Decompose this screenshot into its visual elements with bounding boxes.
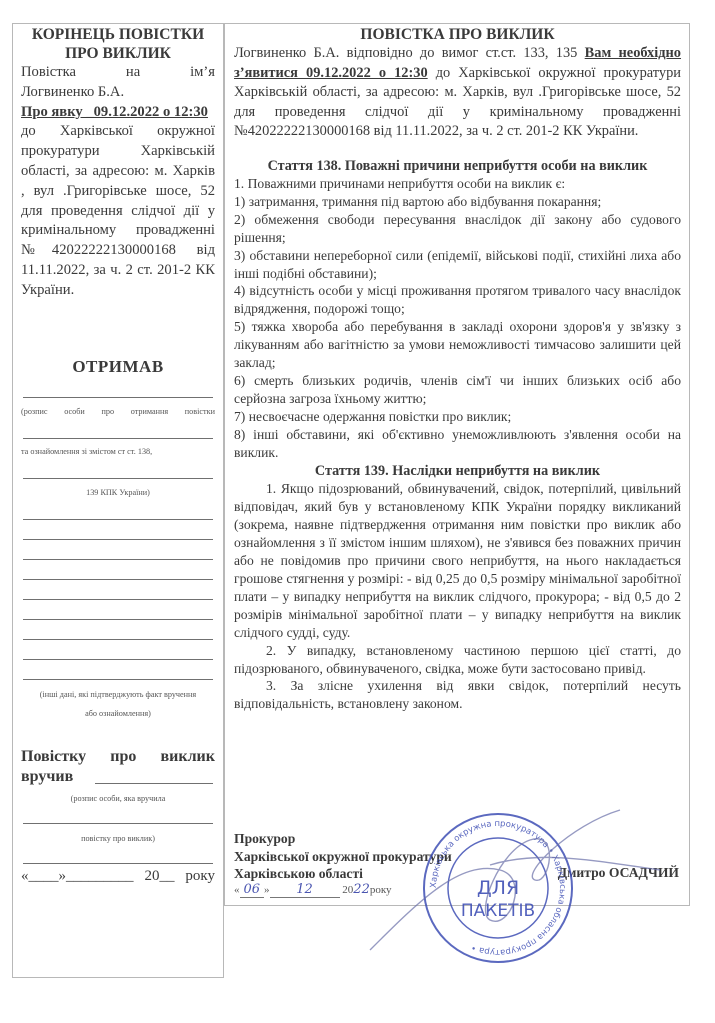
main-intro: Логвиненко Б.А. відповідно до вимог ст.с… — [234, 44, 681, 142]
other-data-line[interactable] — [23, 599, 213, 600]
other-data-line[interactable] — [23, 559, 213, 560]
date-quote-open: « — [234, 884, 240, 896]
stub-title-line1: КОРІНЕЦЬ ПОВІСТКИ — [21, 25, 215, 44]
other-data-line[interactable] — [23, 639, 213, 640]
article-138-item: 8) інші обставини, які об'єктивно унемож… — [234, 426, 681, 462]
article-138-item: 5) тяжка хвороба або перебування в закла… — [234, 318, 681, 372]
article-138-item: 6) смерть близьких родичів, членів сім'ї… — [234, 372, 681, 408]
delivered-note-2: повістку про виклик) — [21, 834, 215, 844]
article-138-item: 7) несвоєчасне одержання повістки про ви… — [234, 408, 681, 426]
stub-body: до Харківської окружної прокуратури Харк… — [21, 122, 215, 300]
signature-scribble-icon — [360, 800, 680, 960]
sign-note-1: (розпис особи про отримання повістки — [21, 407, 215, 417]
other-note-1: (інші дані, які підтверджують факт вруче… — [21, 690, 215, 700]
other-data-line[interactable] — [23, 659, 213, 660]
other-data-line[interactable] — [23, 539, 213, 540]
intro-text: відповідно до вимог ст.ст. 133, 135 — [339, 45, 584, 61]
delivered-label-text: Повістку про виклик вручив — [21, 748, 215, 785]
addressee-name: Логвиненко Б.А. — [234, 45, 339, 61]
sign-note-2: та ознайомлення зі змістом ст ст. 138, — [21, 447, 215, 457]
article-138-list: 1. Поважними причинами неприбуття особи … — [234, 175, 681, 462]
article-138-heading: Стаття 138. Поважні причини неприбуття о… — [234, 157, 681, 175]
stub-title: КОРІНЕЦЬ ПОВІСТКИ ПРО ВИКЛИК — [21, 25, 215, 63]
summons-main: ПОВІСТКА ПРО ВИКЛИК Логвиненко Б.А. відп… — [224, 23, 690, 906]
received-title: ОТРИМАВ — [21, 357, 215, 377]
article-139-heading: Стаття 139. Наслідки неприбуття на викли… — [234, 462, 681, 480]
stub-date-line[interactable]: «____»_________ 20__ року — [21, 867, 215, 887]
other-data-line[interactable] — [23, 619, 213, 620]
date-century: 20 — [342, 884, 353, 896]
article-139-list: 1. Якщо підозрюваний, обвинувачений, сві… — [234, 480, 681, 713]
other-data-line[interactable] — [23, 579, 213, 580]
delivered-note-1: (розпис особи, яка вручила — [21, 794, 215, 804]
date-day: 06 — [240, 882, 265, 898]
stub-title-line2: ПРО ВИКЛИК — [21, 44, 215, 63]
article-139-paragraph: 2. У випадку, встановленому частиною пер… — [234, 642, 681, 678]
stub-recipient-name: Логвиненко Б.А. — [21, 83, 215, 103]
summons-stub: КОРІНЕЦЬ ПОВІСТКИ ПРО ВИКЛИК Повістка на… — [12, 23, 224, 978]
stub-appearance: Про явку _09.12.2022 о 12:30 — [21, 103, 215, 123]
article-138-item: 1. Поважними причинами неприбуття особи … — [234, 175, 681, 193]
delivered-label: Повістку про виклик вручив — [21, 747, 215, 787]
main-title: ПОВІСТКА ПРО ВИКЛИК — [234, 25, 681, 44]
other-note-2: або ознайомлення) — [21, 709, 215, 719]
delivered-sign-line[interactable] — [23, 863, 213, 864]
article-138-item: 1) затримання, тримання під вартою або в… — [234, 193, 681, 211]
delivered-sign-line[interactable] — [23, 823, 213, 824]
article-138-item: 2) обмеження свободи пересування внаслід… — [234, 211, 681, 247]
sign-line[interactable] — [23, 397, 213, 398]
date-month: 12 — [270, 882, 340, 898]
sign-note-3: 139 КПК України) — [21, 488, 215, 498]
other-data-line[interactable] — [23, 679, 213, 680]
article-138-item: 4) відсутність особи у місці проживання … — [234, 282, 681, 318]
stub-recipient-prefix: Повістка на ім’я — [21, 63, 215, 83]
article-139-paragraph: 1. Якщо підозрюваний, обвинувачений, сві… — [234, 480, 681, 641]
article-138-item: 3) обставини непереборної сили (епідемії… — [234, 247, 681, 283]
sign-line[interactable] — [23, 438, 213, 439]
other-data-line[interactable] — [23, 519, 213, 520]
article-139-paragraph: 3. За злісне ухилення від явки свідок, п… — [234, 677, 681, 713]
sign-line[interactable] — [23, 478, 213, 479]
